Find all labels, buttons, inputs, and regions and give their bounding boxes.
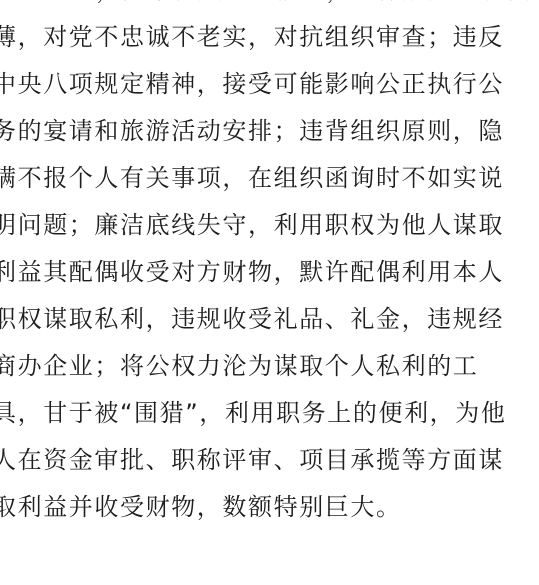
text-line-4: 务的宴请和旅游活动安排；违背组织原则，隐 <box>0 108 539 155</box>
text-line-5: 瞒不报个人有关事项，在组织函询时不如实说 <box>0 155 539 202</box>
text-line-12: 取利益并收受财物，数额特别巨大。 <box>0 484 539 531</box>
text-line-9: 商办企业；将公权力沦为谋取个人私利的工 <box>0 343 539 390</box>
text-line-2: 薄，对党不忠诚不老实，对抗组织审查；违反 <box>0 14 539 61</box>
text-line-8: 职权谋取私利，违规收受礼品、礼金，违规经 <box>0 296 539 343</box>
text-line-10: 具，甘于被“围猎”，利用职务上的便利，为他 <box>0 390 539 437</box>
text-line-6: 明问题；廉洁底线失守，利用职权为他人谋取 <box>0 202 539 249</box>
text-line-11: 人在资金审批、职称评审、项目承揽等方面谋 <box>0 437 539 484</box>
text-line-3: 中央八项规定精神，接受可能影响公正执行公 <box>0 61 539 108</box>
text-line-7: 利益其配偶收受对方财物，默许配偶利用本人 <box>0 249 539 296</box>
text-line-1-partial: 经查，丙某丧失理想信念，纪律规矩意识淡 <box>0 0 539 14</box>
document-body: 经查，丙某丧失理想信念，纪律规矩意识淡 薄，对党不忠诚不老实，对抗组织审查；违反… <box>0 0 539 531</box>
